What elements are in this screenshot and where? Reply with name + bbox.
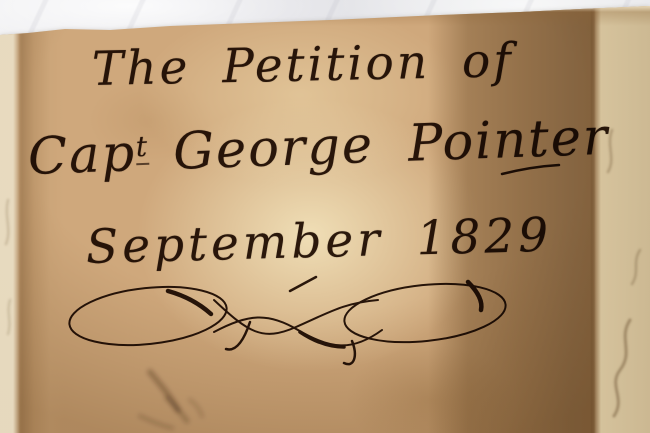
petitioner-name: George Pointer <box>172 108 610 182</box>
photo-of-petition-document: The Petition of CaptGeorge Pointer Septe… <box>0 0 650 433</box>
petitioner-name-line: CaptGeorge Pointer <box>27 112 610 183</box>
petition-date-line: September 1829 <box>85 212 552 271</box>
captain-abbreviation-superscript: t <box>135 130 149 165</box>
petition-title-line: The Petition of <box>92 37 515 93</box>
captain-abbreviation: Cap <box>27 124 137 187</box>
handwritten-text-block: The Petition of CaptGeorge Pointer Septe… <box>0 0 650 433</box>
